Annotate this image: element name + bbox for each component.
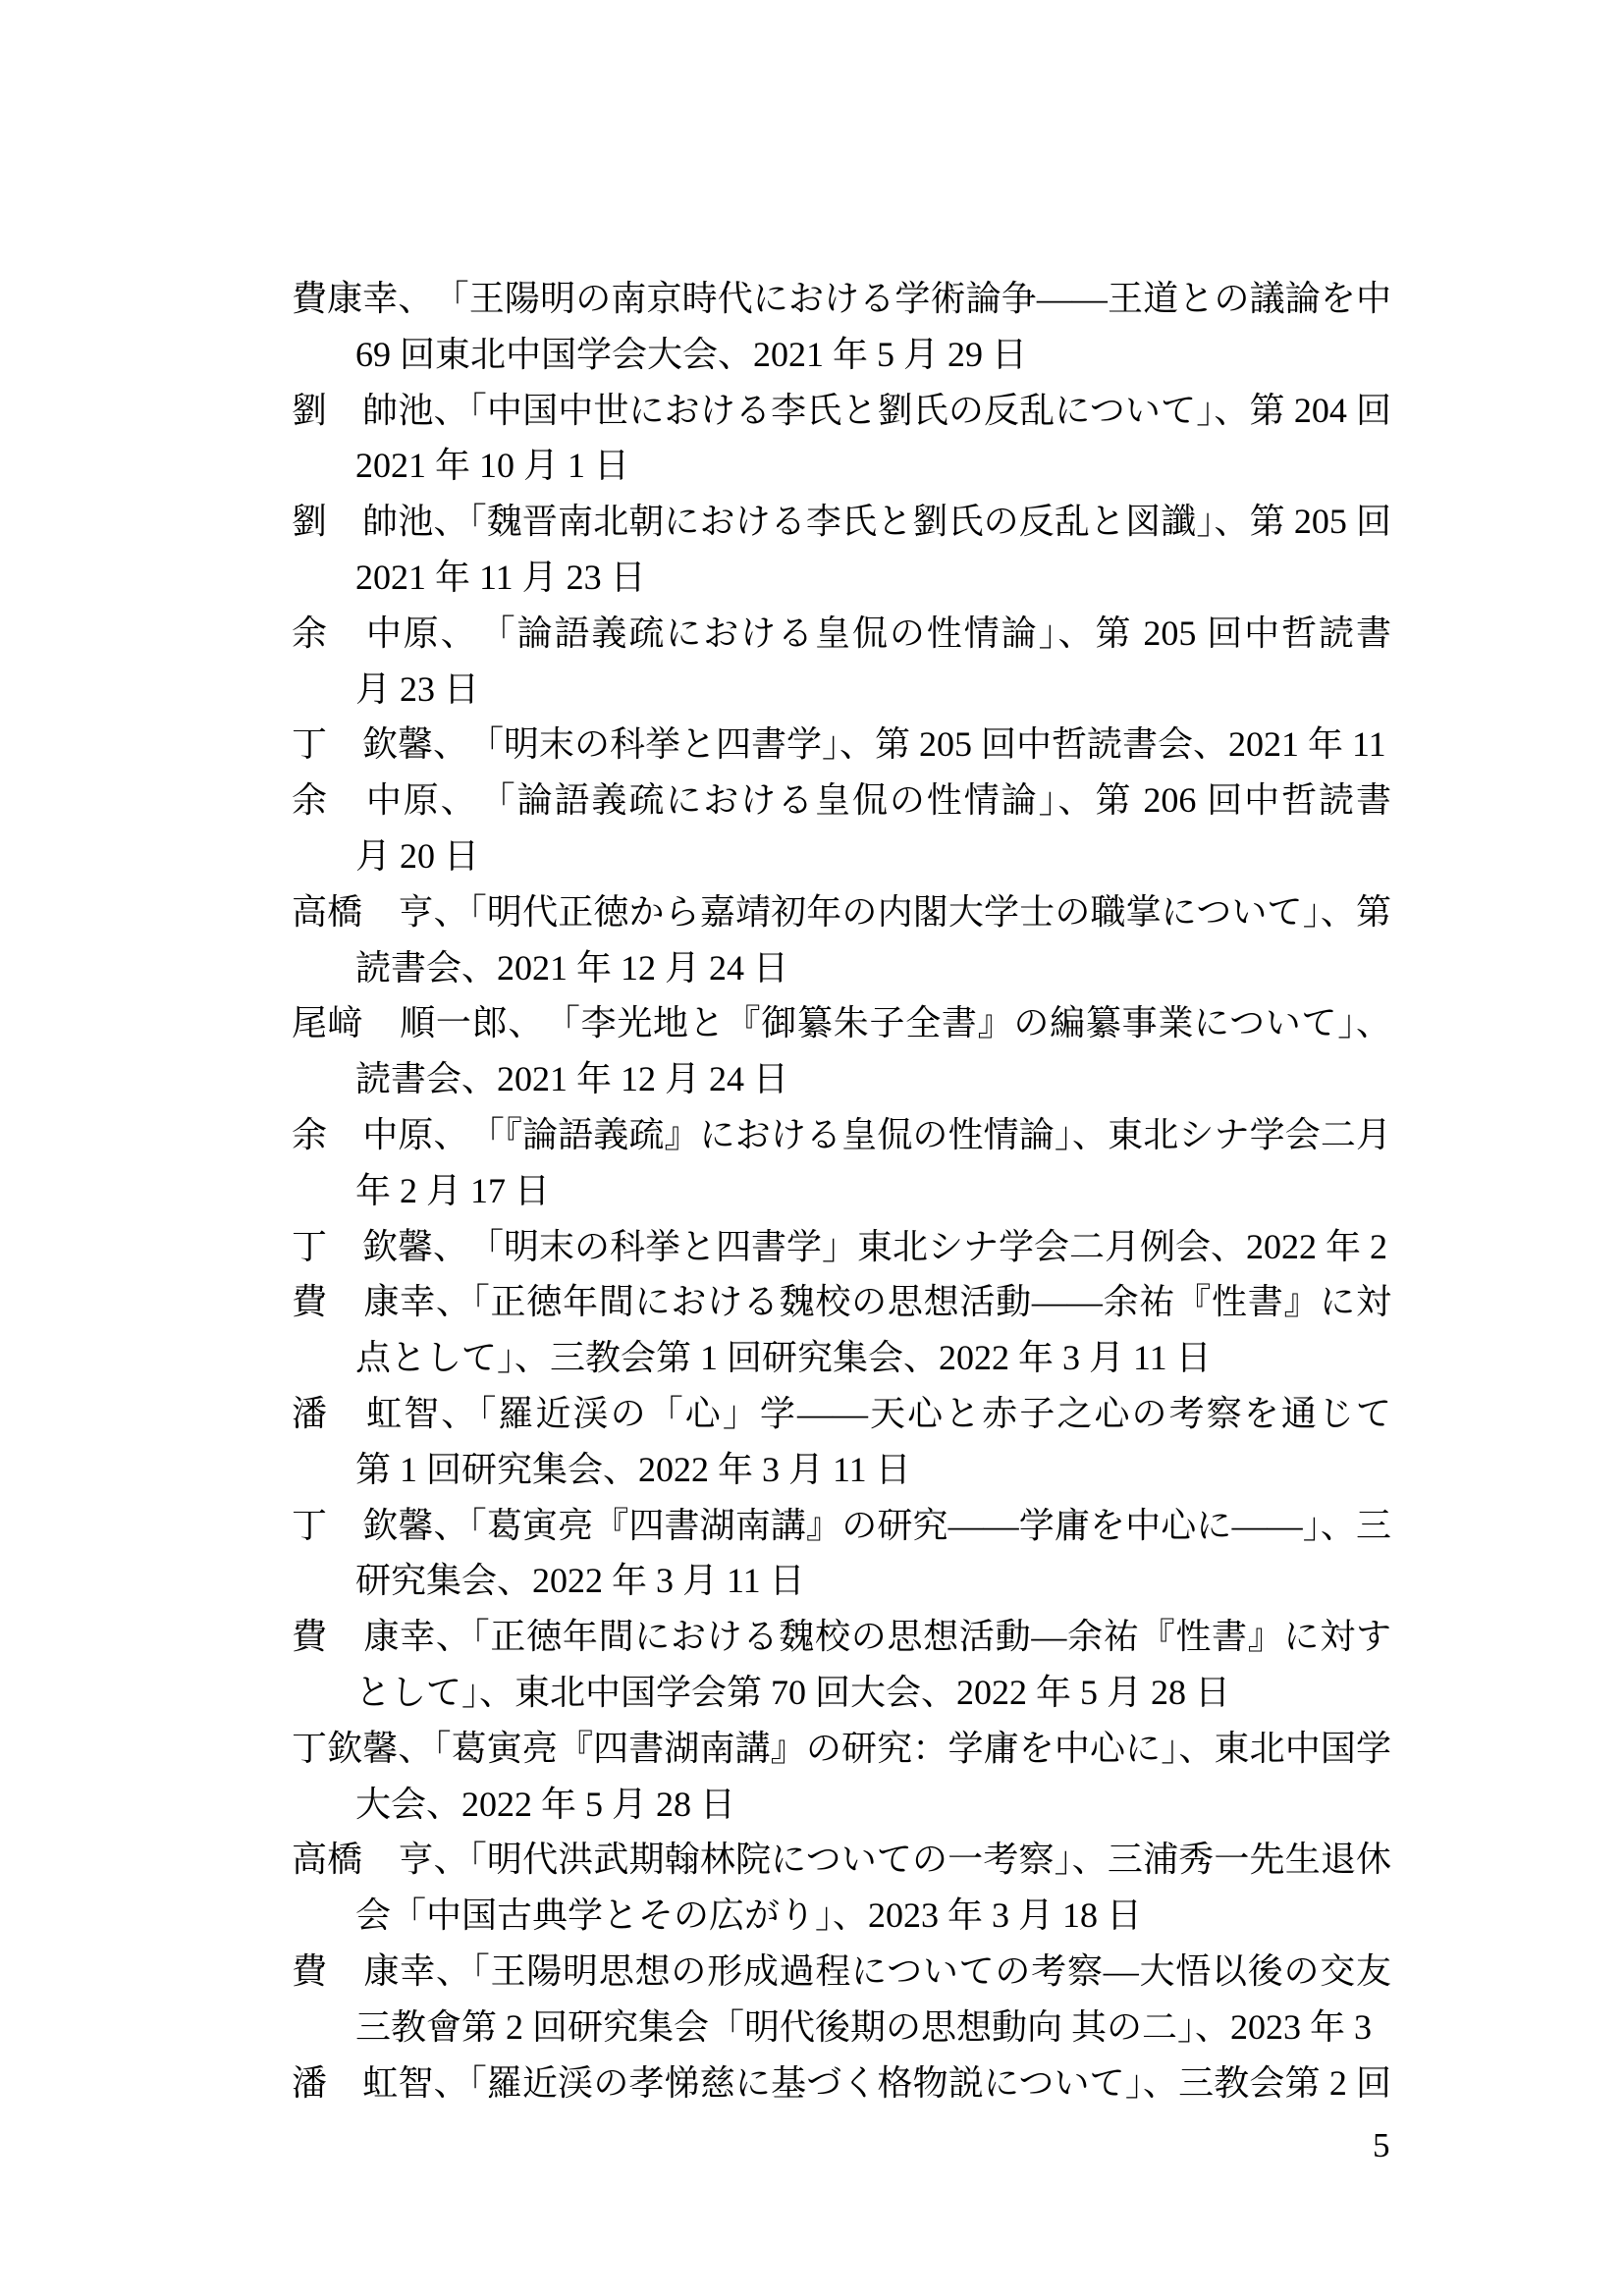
document-page: 費康幸、 「王陽明の南京時代における学術論争――王道との議論を中心に」、第69 … xyxy=(0,0,1624,2296)
bibliography-line: 潘 虹智、「羅近渓の孝悌慈に基づく格物説について」、三教会第 2 回研究集会「明 xyxy=(292,2056,1391,2111)
bibliography-line: 第 1 回研究集会、2022 年 3 月 11 日 xyxy=(292,1442,1391,1498)
bibliography-line: 研究集会、2022 年 3 月 11 日 xyxy=(292,1553,1391,1609)
bibliography-line: 尾﨑 順一郎、 「李光地と『御纂朱子全書』の編纂事業について」、第 207 回中… xyxy=(292,995,1391,1051)
bibliography-line: 高橋 亨、「明代正徳から嘉靖初年の内閣大学士の職掌について」、第 207 回中哲 xyxy=(292,884,1391,940)
bibliography-line: 丁 欽馨、「葛寅亮『四書湖南講』の研究――学庸を中心に――」、三教会第 1 回 xyxy=(292,1498,1391,1554)
bibliography-line: 潘 虹智、「羅近渓の「心」学――天心と赤子之心の考察を通じて――」、三教会 xyxy=(292,1386,1391,1442)
bibliography-line: 費 康幸、「正徳年間における魏校の思想活動―余祐『性書』に対する批判を焦点 xyxy=(292,1609,1391,1665)
bibliography-line: 丁欽馨、「葛寅亮『四書湖南講』の研究：学庸を中心に」、東北中国学会第 70 回 xyxy=(292,1721,1391,1777)
bibliography-line: 月 23 日 xyxy=(292,662,1391,718)
bibliography-line: 費康幸、 「王陽明の南京時代における学術論争――王道との議論を中心に」、第 xyxy=(292,271,1391,327)
bibliography-line: 月 20 日 xyxy=(292,828,1391,884)
bibliography-line: 余 中原、 「論語義疏における皇侃の性情論」、第 206 回中哲読書会、2021… xyxy=(292,773,1391,828)
bibliography-line: 丁 欽馨、 「明末の科挙と四書学」東北シナ学会二月例会、2022 年 2 月 1… xyxy=(292,1219,1391,1275)
bibliography-line: 余 中原、 「論語義疏における皇侃の性情論」、第 205 回中哲読書会、2021… xyxy=(292,606,1391,662)
bibliography-line: 三教會第 2 回研究集会「明代後期の思想動向 其の二」、2023 年 3 月 2… xyxy=(292,2000,1391,2056)
bibliography-line: 年 2 月 17 日 xyxy=(292,1163,1391,1219)
bibliography-line: 69 回東北中国学会大会、2021 年 5 月 29 日 xyxy=(292,327,1391,383)
bibliography-line: 点として」、三教会第 1 回研究集会、2022 年 3 月 11 日 xyxy=(292,1330,1391,1386)
bibliography-line: 2021 年 10 月 1 日 xyxy=(292,438,1391,494)
bibliography-line: 読書会、2021 年 12 月 24 日 xyxy=(292,940,1391,996)
page-number: 5 xyxy=(1373,2118,1412,2174)
bibliography-list: 費康幸、 「王陽明の南京時代における学術論争――王道との議論を中心に」、第69 … xyxy=(292,271,1391,2110)
bibliography-line: 劉 帥池、「中国中世における李氏と劉氏の反乱について」、第 204 回中哲読書会… xyxy=(292,383,1391,439)
bibliography-line: 丁 欽馨、 「明末の科挙と四書学」、第 205 回中哲読書会、2021 年 11… xyxy=(292,717,1391,773)
bibliography-line: として」、東北中国学会第 70 回大会、2022 年 5 月 28 日 xyxy=(292,1665,1391,1721)
bibliography-line: 2021 年 11 月 23 日 xyxy=(292,550,1391,606)
bibliography-line: 費 康幸、「正徳年間における魏校の思想活動――余祐『性書』に対する批判を焦 xyxy=(292,1274,1391,1330)
bibliography-line: 大会、2022 年 5 月 28 日 xyxy=(292,1777,1391,1833)
bibliography-line: 劉 帥池、「魏晋南北朝における李氏と劉氏の反乱と図讖」、第 205 回中哲読書会… xyxy=(292,494,1391,550)
bibliography-line: 高橋 亨、「明代洪武期翰林院についての一考察」、三浦秀一先生退休記念研究集 xyxy=(292,1832,1391,1888)
bibliography-line: 会「中国古典学とその広がり」、2023 年 3 月 18 日 xyxy=(292,1888,1391,1944)
bibliography-line: 読書会、2021 年 12 月 24 日 xyxy=(292,1051,1391,1107)
bibliography-line: 余 中原、 「『論語義疏』における皇侃の性情論」、東北シナ学会二月例会、2022 xyxy=(292,1107,1391,1163)
bibliography-line: 費 康幸、「王陽明思想の形成過程についての考察―大悟以後の交友関係を中心に」、 xyxy=(292,1944,1391,2000)
